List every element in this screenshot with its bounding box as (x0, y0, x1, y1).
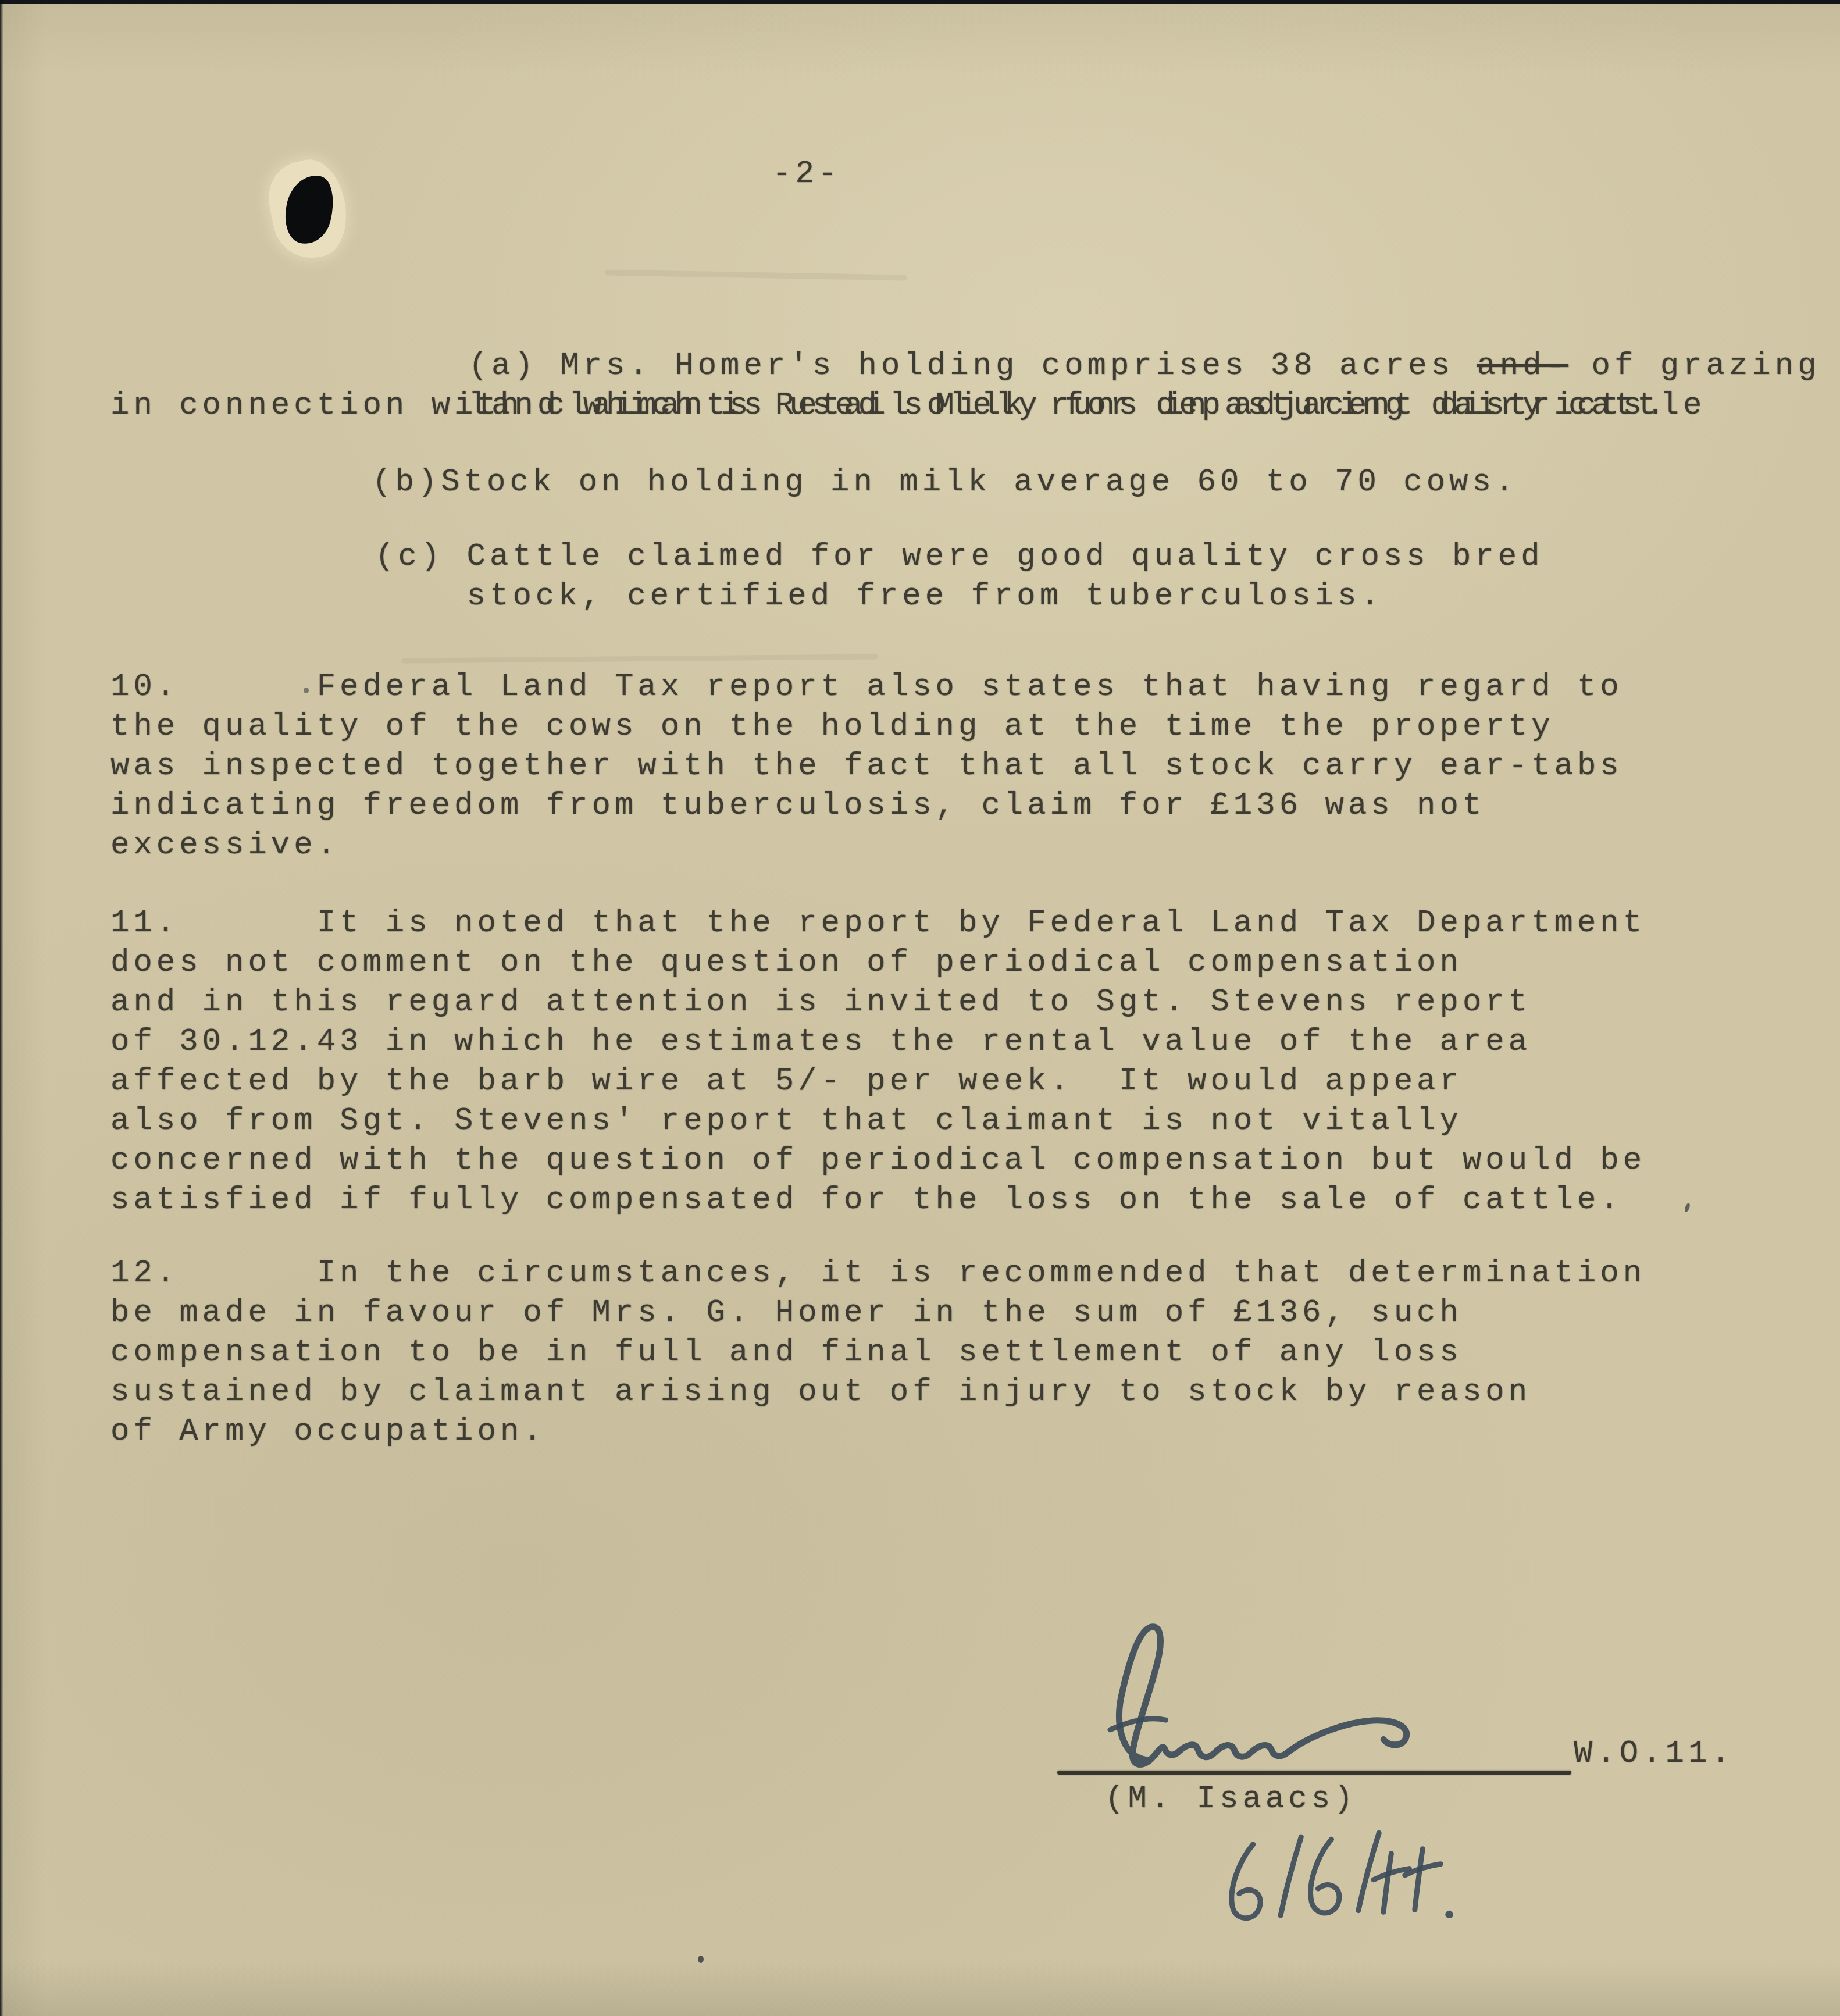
document-page: -2- (a) Mrs. Homer's holding comprises 3… (0, 0, 1840, 2016)
paragraph-11: 11. It is noted that the report by Feder… (110, 904, 1646, 1220)
scan-edge-top (0, 0, 1840, 4)
paragraph-12: 12. In the circumstances, it is recommen… (110, 1254, 1646, 1452)
handwritten-date (1209, 1821, 1463, 1940)
paragraph-c: (c) Cattle claimed for were good quality… (375, 537, 1544, 617)
print-ghost-smudge (401, 654, 878, 663)
print-ghost-smudge (605, 269, 907, 280)
typed-signatory-name: (M. Isaacs) (1105, 1780, 1357, 1819)
scan-edge-left (0, 0, 3, 2016)
handwritten-signature (1074, 1599, 1531, 1799)
ink-speck (1684, 1202, 1691, 1212)
paragraph-a-line1-post: of grazing (1568, 348, 1820, 384)
paragraph-10: 10. Federal Land Tax report also states … (110, 668, 1623, 865)
signature-line (1057, 1771, 1571, 1775)
struck-word: and- (1477, 348, 1568, 384)
ink-speck (698, 1956, 704, 1963)
officer-designation: W.O.11. (1574, 1734, 1734, 1774)
paragraph-b: (b)Stock on holding in milk average 60 t… (372, 463, 1518, 503)
page-number: -2- (772, 155, 841, 194)
paragraph-a-line3: in connection with claimants Retail Milk… (110, 386, 1669, 426)
paragraph-a-line1-pre: (a) Mrs. Homer's holding comprises 38 ac… (469, 348, 1477, 384)
